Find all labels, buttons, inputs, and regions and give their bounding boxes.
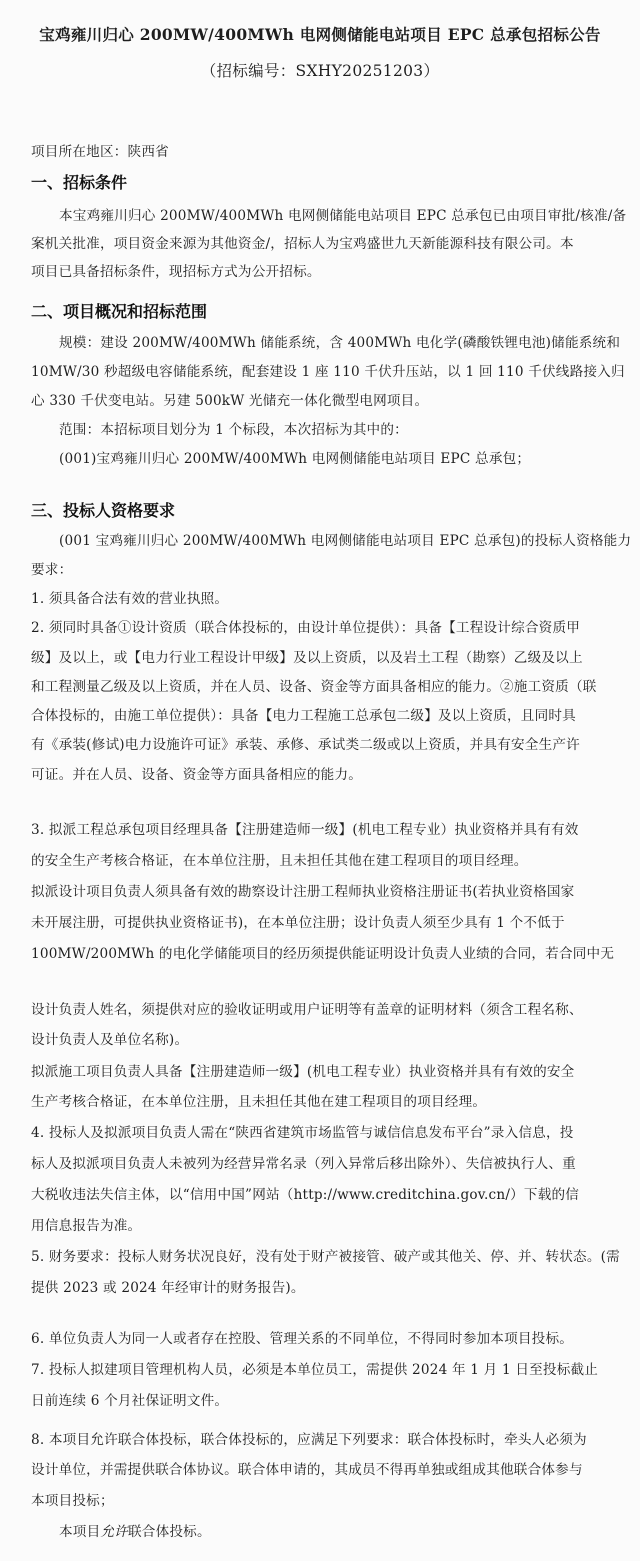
paragraph-line: 可证。并在人员、设备、资金等方面具备相应的能力。 (31, 766, 611, 784)
paragraph-line: 要求： (31, 561, 611, 579)
tender-number: （招标编号：SXHY20251203） (0, 61, 640, 81)
paragraph-line: 日前连续 6 个月社保证明文件。 (31, 1392, 611, 1410)
document-title: 宝鸡雍川归心 200MW/400MWh 电网侧储能电站项目 EPC 总承包招标公… (0, 25, 640, 45)
paragraph-line: 提供 2023 或 2024 年经审计的财务报告)。 (31, 1279, 611, 1297)
paragraph-line: 拟派施工项目负责人具备【注册建造师一级】(机电工程专业）执业资格并具有有效的安全 (31, 1063, 611, 1081)
requirement-item: 5. 财务要求：投标人财务状况良好，没有处于财产被接管、破产或其他关、停、并、转… (31, 1248, 611, 1266)
section-heading-project-overview: 二、项目概况和招标范围 (31, 302, 207, 322)
requirement-item: 4. 投标人及拟派项目负责人需在“陕西省建筑市场监管与诚信信息发布平台”录入信息… (31, 1124, 611, 1142)
section-heading-bidder-qualifications: 三、投标人资格要求 (31, 501, 175, 521)
consortium-prefix: 本项目 (59, 1524, 100, 1540)
requirement-item: 3. 拟派工程总承包项目经理具备【注册建造师一级】(机电工程专业）执业资格并具有… (31, 821, 611, 839)
paragraph-line: 案机关批准，项目资金来源为其他资金/，招标人为宝鸡盛世九天新能源科技有限公司。本 (31, 235, 611, 253)
paragraph-line: 设计负责人姓名，须提供对应的验收证明或用户证明等有盖章的证明材料（须含工程名称、 (31, 1001, 611, 1019)
paragraph-line: 标人及拟派项目负责人未被列为经营异常名录（列入异常后移出除外）、失信被执行人、重 (31, 1155, 611, 1173)
paragraph-line: 心 330 千伏变电站。另建 500kW 光储充一体化微型电网项目。 (31, 392, 611, 410)
paragraph-line: 级】及以上，或【电力行业工程设计甲级】及以上资质，以及岩土工程（勘察）乙级及以上 (31, 649, 611, 667)
paragraph-line: 未开展注册，可提供执业资格证书)，在本单位注册；设计负责人须至少具有 1 个不低… (31, 914, 611, 932)
consortium-statement: 本项目允许联合体投标。 (59, 1523, 639, 1541)
paragraph-line: 大税收违法失信主体，以“信用中国”网站（http://www.creditchi… (31, 1186, 611, 1204)
requirement-item: 7. 投标人拟建项目管理机构人员，必须是本单位员工，需提供 2024 年 1 月… (31, 1361, 611, 1379)
paragraph-line: 合体投标的，由施工单位提供）：具备【电力工程施工总承包二级】及以上资质，且同时具 (31, 707, 611, 725)
paragraph-line: 规模：建设 200MW/400MWh 储能系统，含 400MWh 电化学(磷酸铁… (59, 334, 639, 352)
requirement-item: 1. 须具备合法有效的营业执照。 (31, 590, 611, 608)
requirement-item: 2. 须同时具备①设计资质（联合体投标的，由设计单位提供）：具备【工程设计综合资… (31, 619, 611, 637)
paragraph-line: (001)宝鸡雍川归心 200MW/400MWh 电网侧储能电站项目 EPC 总… (59, 450, 639, 468)
project-region: 项目所在地区：陕西省 (31, 143, 611, 161)
paragraph-line: 10MW/30 秒超级电容储能系统，配套建设 1 座 110 千伏升压站，以 1… (31, 363, 611, 381)
paragraph-line: 和工程测量乙级及以上资质，并在人员、设备、资金等方面具备相应的能力。②施工资质（… (31, 678, 611, 696)
paragraph-line: 范围：本招标项目划分为 1 个标段，本次招标为其中的： (59, 421, 639, 439)
section-heading-tender-conditions: 一、招标条件 (31, 173, 127, 193)
paragraph-line: 100MW/200MWh 的电化学储能项目的经历须提供能证明设计负责人业绩的合同… (31, 945, 611, 963)
paragraph-line: 拟派设计项目负责人须具备有效的勘察设计注册工程师执业资格注册证书(若执业资格国家 (31, 883, 611, 901)
consortium-suffix: 联合体投标。 (128, 1524, 211, 1540)
paragraph-line: 生产考核合格证，在本单位注册，且未担任其他在建工程项目的项目经理。 (31, 1093, 611, 1111)
paragraph-line: 的安全生产考核合格证，在本单位注册，且未担任其他在建工程项目的项目经理。 (31, 852, 611, 870)
paragraph-line: 有《承装(修试)电力设施许可证》承装、承修、承试类二级或以上资质，并具有安全生产… (31, 736, 611, 754)
paragraph-line: 本宝鸡雍川归心 200MW/400MWh 电网侧储能电站项目 EPC 总承包已由… (59, 207, 639, 225)
requirement-item: 8. 本项目允许联合体投标，联合体投标的，应满足下列要求：联合体投标时，牵头人必… (31, 1431, 611, 1449)
paragraph-line: 用信息报告为准。 (31, 1217, 611, 1235)
consortium-emphasis: 允许 (100, 1524, 128, 1540)
tender-announcement-document: 宝鸡雍川归心 200MW/400MWh 电网侧储能电站项目 EPC 总承包招标公… (0, 0, 640, 1561)
paragraph-line: 本项目投标； (31, 1492, 611, 1510)
paragraph-line: 设计单位，并需提供联合体协议。联合体申请的，其成员不得再单独或组成其他联合体参与 (31, 1461, 611, 1479)
paragraph-line: 设计负责人及单位名称)。 (31, 1031, 611, 1049)
paragraph-line: 项目已具备招标条件，现招标方式为公开招标。 (31, 263, 611, 281)
requirement-item: 6. 单位负责人为同一人或者存在控股、管理关系的不同单位，不得同时参加本项目投标… (31, 1330, 611, 1348)
paragraph-line: (001 宝鸡雍川归心 200MW/400MWh 电网侧储能电站项目 EPC 总… (59, 532, 639, 550)
